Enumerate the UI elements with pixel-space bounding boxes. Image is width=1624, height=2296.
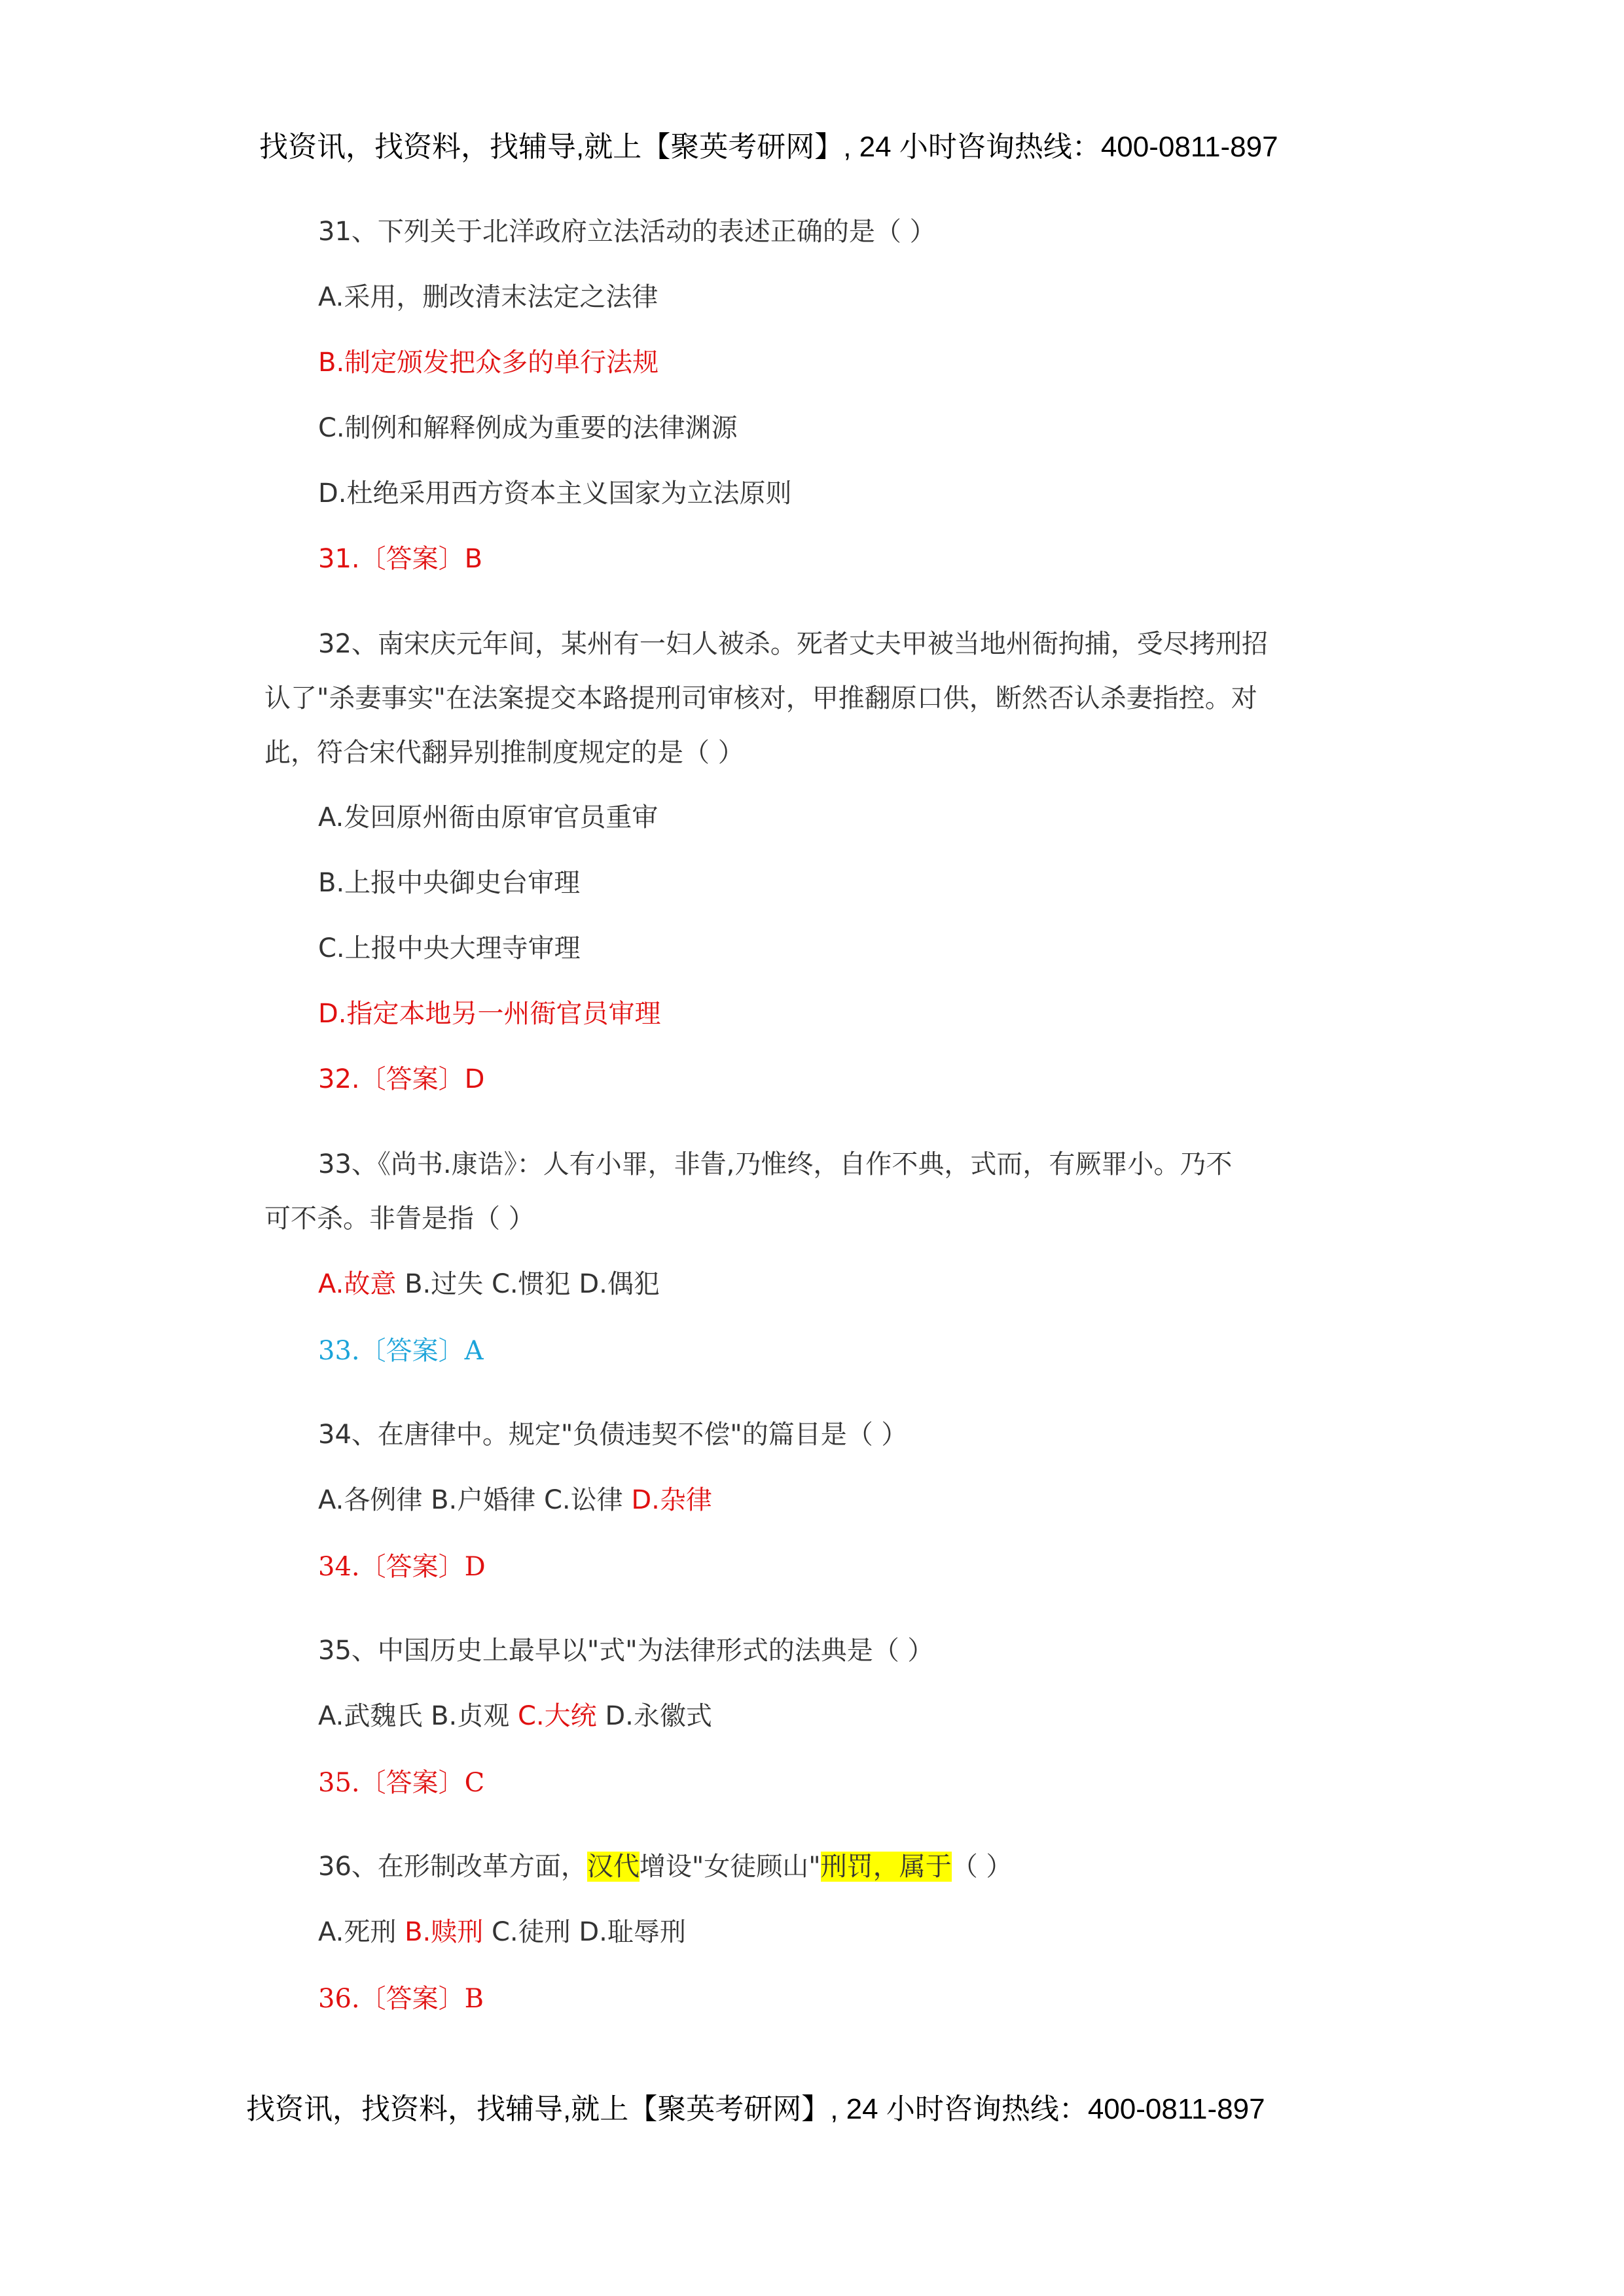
header-banner: 找资讯，找资料，找辅导,就上【聚英考研网】, 24 小时咨询热线：400-081… (259, 123, 1278, 165)
question-31-stem: 31、下列关于北洋政府立法活动的表述正确的是（ ） (318, 216, 936, 247)
question-35-answer: 35.〔答案〕C (318, 1767, 484, 1799)
question-33-stem-line-2: 可不杀。非眚是指（ ） (264, 1203, 535, 1234)
question-32-stem-line-3: 此，符合宋代翻异别推制度规定的是（ ） (264, 737, 744, 768)
question-35-option-d: D.永徽式 (597, 1701, 712, 1731)
question-36-stem-part-5: （ ） (952, 1852, 1013, 1882)
question-34-option-b: B.户婚律 (422, 1485, 535, 1515)
question-33-answer: 33.〔答案〕A (318, 1335, 484, 1367)
question-35-option-c-correct: C.大统 (509, 1701, 596, 1731)
question-31-option-a: A.采用，删改清末法定之法律 (318, 281, 658, 313)
question-36-highlight-han-dynasty: 汉代 (587, 1852, 640, 1882)
question-33-option-b: B.过失 (396, 1269, 483, 1299)
question-31-option-b-correct: B.制定颁发把众多的单行法规 (318, 347, 659, 378)
question-31-answer: 31.〔答案〕B (318, 543, 482, 575)
question-33-options: A.故意 B.过失 C.惯犯 D.偶犯 (318, 1268, 660, 1300)
question-36-stem-part-1: 36、在形制改革方面， (318, 1852, 587, 1882)
question-34-answer: 34.〔答案〕D (318, 1551, 486, 1583)
question-32-option-c: C.上报中央大理寺审理 (318, 933, 581, 964)
question-32-option-d-correct: D.指定本地另一州衙官员审理 (318, 998, 661, 1030)
question-34-option-c: C.讼律 (535, 1485, 623, 1515)
question-35-stem: 35、中国历史上最早以"式"为法律形式的法典是（ ） (318, 1635, 933, 1666)
question-36-option-d: D.耻辱刑 (571, 1917, 686, 1947)
question-36-stem-part-3: 增设"女徒顾山" (640, 1852, 821, 1882)
question-36-answer: 36.〔答案〕B (318, 1983, 484, 2015)
question-33-option-a-correct: A.故意 (318, 1269, 396, 1299)
question-33-stem-line-1: 33、《尚书.康诰》：人有小罪，非眚,乃惟终，自作不典，式而，有厥罪小。乃不 (318, 1149, 1232, 1180)
question-35-option-a: A.武魏氏 (318, 1701, 422, 1731)
question-32-option-b: B.上报中央御史台审理 (318, 867, 580, 899)
question-36-stem: 36、在形制改革方面，汉代增设"女徒顾山"刑罚，属于（ ） (318, 1851, 1012, 1882)
question-33-option-c: C.惯犯 (483, 1269, 570, 1299)
question-34-options: A.各例律 B.户婚律 C.讼律 D.杂律 (318, 1484, 712, 1516)
question-34-stem: 34、在唐律中。规定"负债违契不偿"的篇目是（ ） (318, 1419, 907, 1450)
question-32-option-a: A.发回原州衙由原审官员重审 (318, 802, 658, 833)
question-35-options: A.武魏氏 B.贞观 C.大统 D.永徽式 (318, 1700, 712, 1732)
question-33-option-d: D.偶犯 (571, 1269, 660, 1299)
question-36-option-a: A.死刑 (318, 1917, 396, 1947)
question-36-options: A.死刑 B.赎刑 C.徒刑 D.耻辱刑 (318, 1916, 686, 1948)
question-32-answer: 32.〔答案〕D (318, 1064, 484, 1095)
question-34-option-d-correct: D.杂律 (623, 1485, 712, 1515)
footer-banner: 找资讯，找资料，找辅导,就上【聚英考研网】, 24 小时咨询热线：400-081… (246, 2085, 1265, 2127)
question-31-option-c: C.制例和解释例成为重要的法律渊源 (318, 412, 738, 444)
question-36-option-c: C.徒刑 (483, 1917, 570, 1947)
question-31-option-d: D.杜绝采用西方资本主义国家为立法原则 (318, 478, 792, 509)
question-32-stem-line-2: 认了"杀妻事实"在法案提交本路提刑司审核对，甲推翻原口供，断然否认杀妻指控。对 (264, 683, 1257, 714)
question-32-stem-line-1: 32、南宋庆元年间，某州有一妇人被杀。死者丈夫甲被当地州衙拘捕，受尽拷刑招 (318, 628, 1268, 660)
question-36-highlight-punishment: 刑罚，属于 (821, 1852, 952, 1882)
question-35-option-b: B.贞观 (422, 1701, 509, 1731)
question-36-option-b-correct: B.赎刑 (396, 1917, 483, 1947)
question-34-option-a: A.各例律 (318, 1485, 422, 1515)
